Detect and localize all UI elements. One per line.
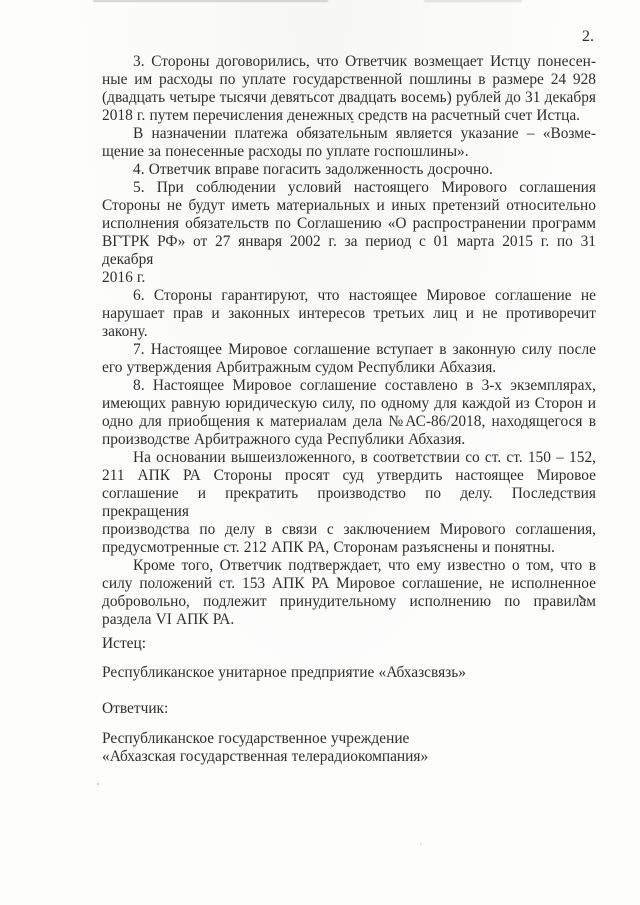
document-line: 211 АПК РА Стороны просят суд утвердить …: [102, 467, 596, 485]
document-line: Кроме того, Ответчик подтверждает, что е…: [102, 557, 596, 575]
document-line: закону.: [102, 323, 596, 341]
document-line: 2016 г.: [102, 269, 596, 287]
paragraph-payment-purpose: В назначении платежа обязательным являет…: [102, 125, 596, 161]
paragraph-clause-8: 8. Настоящее Мировое соглашение составле…: [102, 377, 596, 449]
signature-role-label: Истец:: [102, 635, 596, 653]
scan-speck-artifact: [97, 783, 99, 785]
document-line: имеющих равную юридическую силу, по одно…: [102, 395, 596, 413]
document-line: производстве Арбитражного суда Республик…: [102, 431, 596, 449]
signature-party-name: Республиканское государственное учрежден…: [102, 730, 596, 748]
document-line: (двадцать четыре тысячи девятьсот двадца…: [102, 89, 596, 107]
document-line: 3. Стороны договорились, что Ответчик во…: [102, 53, 596, 71]
document-line: 6. Стороны гарантируют, что настоящее Ми…: [102, 287, 596, 305]
paragraph-clause-7: 7. Настоящее Мировое соглашение вступает…: [102, 341, 596, 377]
signature-party-name: Республиканское унитарное предприятие «А…: [102, 664, 596, 682]
document-line: 7. Настоящее Мировое соглашение вступает…: [102, 341, 596, 359]
document-line: его утверждения Арбитражным судом Респуб…: [102, 359, 596, 377]
scan-smudge-artifact: [93, 0, 328, 2]
signature-party-name: «Абхазская государственная телерадиокомп…: [102, 748, 596, 766]
document-body: 3. Стороны договорились, что Ответчик во…: [102, 53, 596, 766]
signature-role-label: Ответчик:: [102, 700, 596, 718]
document-line: На основании вышеизложенного, в соответс…: [102, 449, 596, 467]
document-line: предусмотренные ст. 212 АПК РА, Сторонам…: [102, 539, 596, 557]
scan-smudge-artifact: [424, 0, 522, 2]
document-line: силу положений ст. 153 АПК РА Мировое со…: [102, 575, 596, 593]
paragraph-clause-3: 3. Стороны договорились, что Ответчик во…: [102, 53, 596, 125]
paragraph-clause-6: 6. Стороны гарантируют, что настоящее Ми…: [102, 287, 596, 341]
paragraph-clause-4: 4. Ответчик вправе погасить задолженност…: [102, 161, 596, 179]
document-line: 8. Настоящее Мировое соглашение составле…: [102, 377, 596, 395]
document-line: исполнения обязательств по Соглашению «О…: [102, 215, 596, 233]
document-line: добровольно, подлежит принудительному ис…: [102, 593, 596, 611]
document-line: ные им расходы по уплате государственной…: [102, 71, 596, 89]
document-line: соглашение и прекратить производство по …: [102, 485, 596, 521]
document-line: одно для приобщения к материалам дела №А…: [102, 413, 596, 431]
paragraph-enforcement-note: Кроме того, Ответчик подтверждает, что е…: [102, 557, 596, 629]
page-number: 2.: [102, 28, 596, 46]
scan-speck-artifact: [420, 843, 422, 845]
paragraph-clause-5: 5. При соблюдении условий настоящего Мир…: [102, 179, 596, 287]
document-line: раздела VI АПК РА.: [102, 611, 596, 629]
document-line: ВГТРК РФ» от 27 января 2002 г. за период…: [102, 233, 596, 269]
scanned-document-page: 2. 3. Стороны договорились, что Ответчик…: [0, 0, 640, 905]
document-line: нарушает прав и законных интересов треть…: [102, 305, 596, 323]
document-line: В назначении платежа обязательным являет…: [102, 125, 596, 143]
document-line: 5. При соблюдении условий настоящего Мир…: [102, 179, 596, 197]
document-line: производства по делу в связи с заключени…: [102, 521, 596, 539]
paragraph-court-request: На основании вышеизложенного, в соответс…: [102, 449, 596, 557]
document-line: щение за понесенные расходы по уплате го…: [102, 143, 596, 161]
document-line: 4. Ответчик вправе погасить задолженност…: [102, 161, 596, 179]
document-line: 2018 г. путем перечисления денежных сред…: [102, 107, 596, 125]
document-line: Стороны не будут иметь материальных и ин…: [102, 197, 596, 215]
